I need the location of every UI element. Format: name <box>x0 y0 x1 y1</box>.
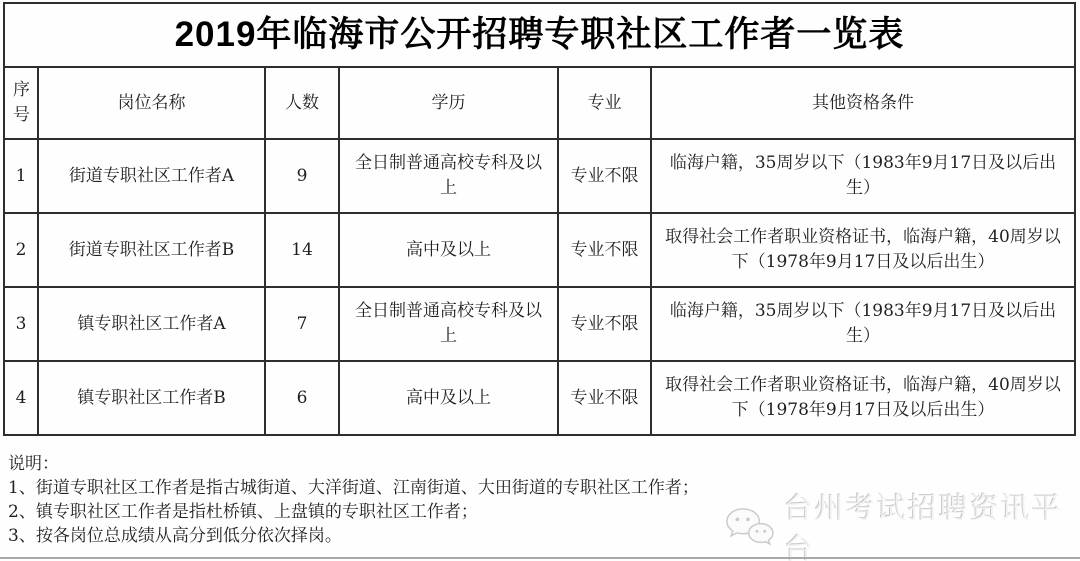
header-count: 人数 <box>265 67 339 139</box>
table-header-row: 序号 岗位名称 人数 学历 专业 其他资格条件 <box>4 67 1075 139</box>
title-row: 2019年临海市公开招聘专职社区工作者一览表 <box>4 3 1075 67</box>
header-seq: 序号 <box>4 67 38 139</box>
cell-seq: 1 <box>4 139 38 213</box>
cell-education: 高中及以上 <box>339 361 558 435</box>
cell-major: 专业不限 <box>558 213 651 287</box>
cell-position: 街道专职社区工作者A <box>38 139 265 213</box>
cell-count: 6 <box>265 361 339 435</box>
cell-major: 专业不限 <box>558 361 651 435</box>
document-title: 2019年临海市公开招聘专职社区工作者一览表 <box>4 3 1075 67</box>
table-row: 3 镇专职社区工作者A 7 全日制普通高校专科及以上 专业不限 临海户籍，35周… <box>4 287 1075 361</box>
notes-label: 说明： <box>8 452 768 476</box>
cell-other-quals: 取得社会工作者职业资格证书，临海户籍，40周岁以下（1978年9月17日及以后出… <box>651 361 1075 435</box>
notes-section: 说明： 1、街道专职社区工作者是指古城街道、大洋街道、江南街道、大田街道的专职社… <box>8 452 768 548</box>
document-page: 2019年临海市公开招聘专职社区工作者一览表 序号 岗位名称 人数 学历 专业 … <box>0 0 1080 561</box>
table-row: 4 镇专职社区工作者B 6 高中及以上 专业不限 取得社会工作者职业资格证书，临… <box>4 361 1075 435</box>
cell-major: 专业不限 <box>558 139 651 213</box>
cell-seq: 4 <box>4 361 38 435</box>
table-row: 2 街道专职社区工作者B 14 高中及以上 专业不限 取得社会工作者职业资格证书… <box>4 213 1075 287</box>
header-position: 岗位名称 <box>38 67 265 139</box>
cell-seq: 2 <box>4 213 38 287</box>
watermark: 台州考试招聘资讯平台 <box>724 486 1080 561</box>
bottom-divider <box>0 557 1080 559</box>
cell-other-quals: 临海户籍，35周岁以下（1983年9月17日及以后出生） <box>651 287 1075 361</box>
recruitment-table: 2019年临海市公开招聘专职社区工作者一览表 序号 岗位名称 人数 学历 专业 … <box>3 2 1076 436</box>
header-other-quals: 其他资格条件 <box>651 67 1075 139</box>
header-education: 学历 <box>339 67 558 139</box>
cell-count: 7 <box>265 287 339 361</box>
cell-position: 镇专职社区工作者B <box>38 361 265 435</box>
cell-position: 镇专职社区工作者A <box>38 287 265 361</box>
note-item-2: 2、镇专职社区工作者是指杜桥镇、上盘镇的专职社区工作者； <box>8 500 768 524</box>
cell-position: 街道专职社区工作者B <box>38 213 265 287</box>
cell-major: 专业不限 <box>558 287 651 361</box>
note-item-1: 1、街道专职社区工作者是指古城街道、大洋街道、江南街道、大田街道的专职社区工作者… <box>8 476 768 500</box>
cell-count: 9 <box>265 139 339 213</box>
cell-count: 14 <box>265 213 339 287</box>
wechat-icon <box>724 505 774 549</box>
cell-education: 全日制普通高校专科及以上 <box>339 139 558 213</box>
cell-education: 高中及以上 <box>339 213 558 287</box>
table-row: 1 街道专职社区工作者A 9 全日制普通高校专科及以上 专业不限 临海户籍，35… <box>4 139 1075 213</box>
cell-seq: 3 <box>4 287 38 361</box>
header-major: 专业 <box>558 67 651 139</box>
cell-other-quals: 临海户籍，35周岁以下（1983年9月17日及以后出生） <box>651 139 1075 213</box>
watermark-text: 台州考试招聘资讯平台 <box>784 486 1080 561</box>
cell-other-quals: 取得社会工作者职业资格证书，临海户籍，40周岁以下（1978年9月17日及以后出… <box>651 213 1075 287</box>
cell-education: 全日制普通高校专科及以上 <box>339 287 558 361</box>
note-item-3: 3、按各岗位总成绩从高分到低分依次择岗。 <box>8 524 768 548</box>
